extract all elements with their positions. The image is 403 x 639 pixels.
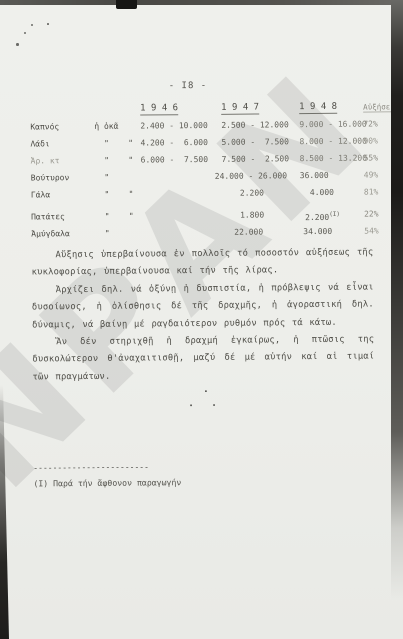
paragraph: Ἄν δέν στηριχθῇ ἡ δραχμή ἐγκαίρως, ἡ πτῶ… [32,332,374,387]
value-1947: 24.000 - 26.000 [215,167,300,185]
table-row: Γάλα " " 2.200 4.000 81% [0,183,402,204]
value-1947: 2.200 [222,184,300,202]
value-1947: 22.000 [222,223,300,241]
unit-label: " " [94,135,140,152]
price-table: Καπνός ἡ ὀκᾶ 2.400 - 10.000 2.500 - 12.0… [0,115,402,243]
footnote-text: (Ι) Παρά τήν ἄφθονον παραγωγήν [33,477,181,488]
scan-edge-right [391,0,403,600]
paragraph: Αὔξησις ὑπερβαίνουσα ἐν πολλοῖς τό ποσοσ… [31,244,373,282]
ink-speck [31,24,33,26]
value-1946: 6.000 - 7.500 [141,151,222,169]
page-number: - Ι8 - [148,81,228,92]
ink-speck [47,23,49,25]
item-label: Γάλα [31,186,95,204]
value-1948: 36.000 [300,167,364,185]
value-1948: 34.000 [300,223,364,241]
value-1948: 8.000 - 12.000 [299,133,363,151]
column-header-1947: 1 9 4 7 [221,99,299,117]
value-1946 [141,185,222,203]
value-1948: 4.000 [300,184,364,202]
scan-edge-top [0,0,403,5]
item-label: Βούτυρον [31,169,95,187]
value-1948: 9.000 - 16.000 [299,116,363,134]
value-1947: 5.000 - 7.500 [221,133,299,151]
page-content: - Ι8 - 1 9 4 6 1 9 4 7 1 9 4 8 Αὐξήσεις … [0,0,403,639]
header-spacer-item [30,101,94,119]
scanned-document-page: ΝΡΑΝ - Ι8 - 1 9 4 6 1 9 4 7 1 9 4 8 Αὐξή… [0,0,403,639]
body-text: Αὔξησις ὑπερβαίνουσα ἐν πολλοῖς τό ποσοσ… [31,244,374,386]
unit-label: " " [95,186,141,203]
scan-edge-notch [116,0,137,9]
value-1947: 2.500 - 12.000 [221,116,299,134]
asterism-dot: . [211,402,214,405]
item-label: Ἀμύγδαλα [31,225,95,243]
item-label: Ἀρ. κτ [31,152,95,170]
ink-speck [16,43,19,46]
value-1946: 2.400 - 10.000 [140,117,221,135]
footnote-marker: (Ι) [329,211,340,218]
value-1947: 7.500 - 2.500 [222,150,300,168]
paragraph: Ἀρχίζει δηλ. νά ὀξύνῃ ἡ δυσπιστία, ἡ πρό… [32,279,374,334]
value-1946 [141,224,222,242]
unit-label: " " [95,152,141,169]
unit-label: ἡ ὀκᾶ [94,118,140,135]
unit-label: " [95,169,141,186]
item-label: Καπνός [30,118,94,136]
unit-label: " [95,225,141,242]
footnote-rule: ------------------------ [33,462,149,472]
item-label: Λάδι [30,135,94,153]
asterism-dot: . [188,402,191,405]
ink-speck [24,32,26,34]
value-1946: 4.200 - 6.000 [140,134,221,152]
column-header-1946: 1 9 4 6 [140,100,221,118]
column-header-1948: 1 9 4 8 [299,99,363,117]
value-1946 [141,168,222,186]
table-row: Ἀμύγδαλα " 22.000 34.000 54% [0,222,402,243]
header-spacer-unit [94,101,140,118]
asterism-dot: . [203,388,206,391]
value-1948: 8.500 - 13.200 [300,150,364,168]
